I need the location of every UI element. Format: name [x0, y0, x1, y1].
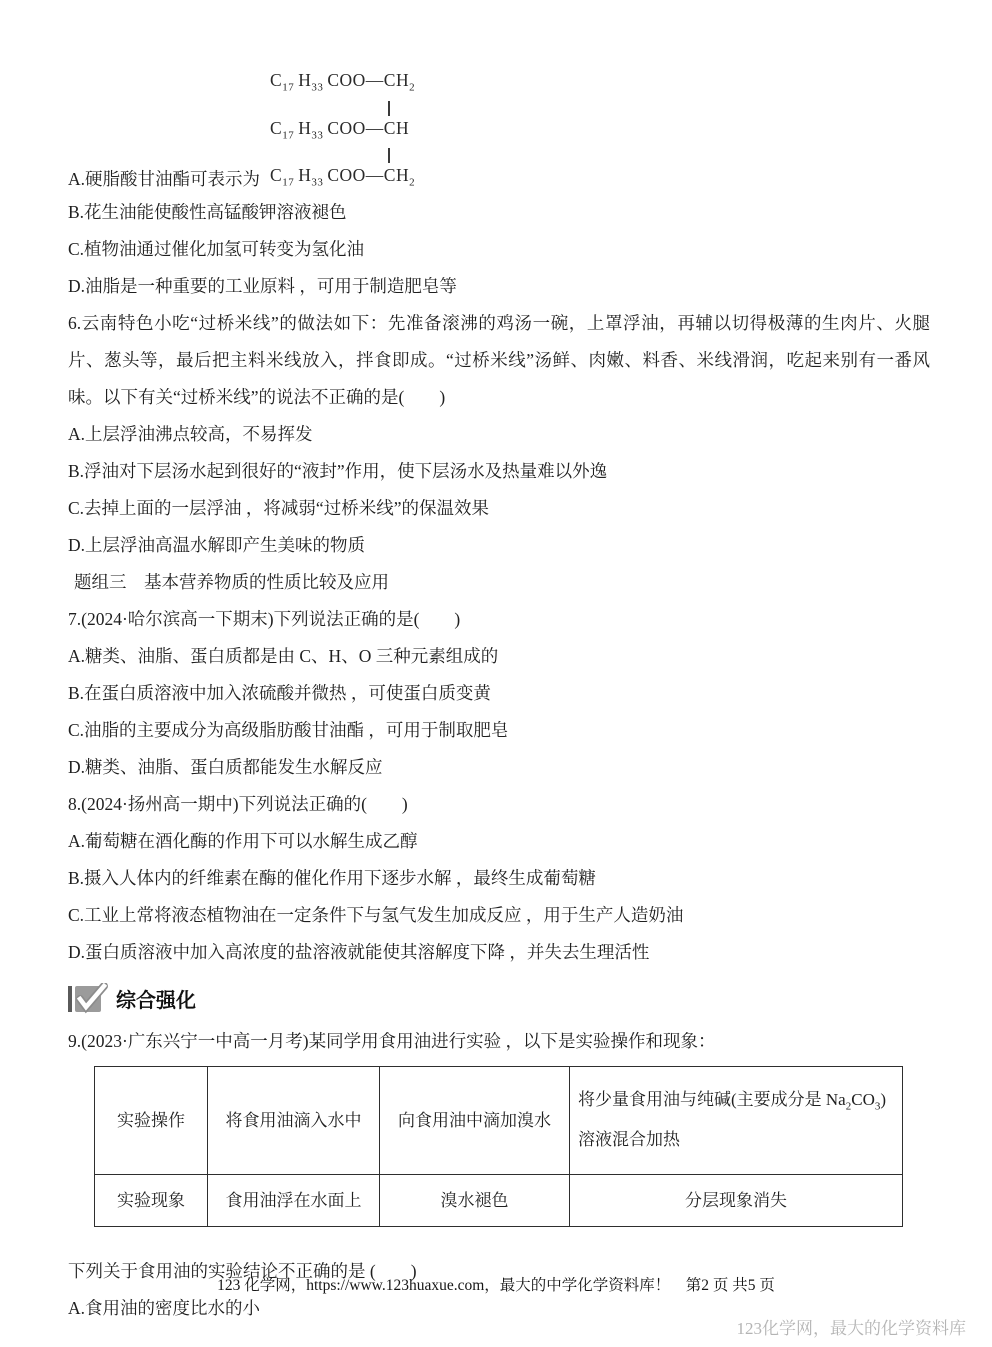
bond-line — [388, 101, 390, 116]
table-cell: 溴水褪色 — [380, 1174, 570, 1226]
table-cell-formula: 将少量食用油与纯碱(主要成分是 Na2CO3)溶液混合加热 — [570, 1066, 903, 1174]
option-a-label: A.硬脂酸甘油酯可表示为 — [68, 164, 260, 194]
question-9-stem: 9.(2023·广东兴宁一中高一月考)某同学用食用油进行实验 ，以下是实验操作和… — [68, 1023, 930, 1060]
option-c: C.油脂的主要成分为高级脂肪酸甘油酯 ，可用于制取肥皂 — [68, 712, 930, 749]
page-footer: 123 化学网，https://www.123huaxue.com，最大的中学化… — [0, 1273, 992, 1295]
structure-line-1: C17H33COO—CH2 — [270, 70, 415, 99]
section-heading-strengthen: 综合强化 — [68, 981, 930, 1017]
question-8-stem: 8.(2024·扬州高一期中)下列说法正确的( ) — [68, 786, 930, 823]
section-heading-group3: 题组三 基本营养物质的性质比较及应用 — [68, 564, 930, 601]
option-d: D.油脂是一种重要的工业原料 ，可用于制造肥皂等 — [68, 268, 930, 305]
structure-line-2: C17H33COO—CH — [270, 118, 415, 147]
checkbox-check-icon — [68, 983, 108, 1015]
experiment-table: 实验操作 将食用油滴入水中 向食用油中滴加溴水 将少量食用油与纯碱(主要成分是 … — [94, 1066, 903, 1227]
table-row-phenomenon: 实验现象 食用油浮在水面上 溴水褪色 分层现象消失 — [95, 1174, 903, 1226]
bond-line — [388, 148, 390, 163]
table-cell: 将食用油滴入水中 — [208, 1066, 380, 1174]
question-6-stem: 6.云南特色小吃“过桥米线”的做法如下：先准备滚沸的鸡汤一碗，上罩浮油，再辅以切… — [68, 305, 930, 416]
option-a: A.上层浮油沸点较高，不易挥发 — [68, 416, 930, 453]
worksheet-page: { "q5": { "label_a": "A.硬脂酸甘油酯可表示为", "st… — [0, 0, 992, 1347]
structure-line-3: C17H33COO—CH2 — [270, 165, 415, 194]
question-7-stem: 7.(2024·哈尔滨高一下期末)下列说法正确的是( ) — [68, 601, 930, 638]
option-b: B.花生油能使酸性高锰酸钾溶液褪色 — [68, 194, 930, 231]
table-cell: 食用油浮在水面上 — [208, 1174, 380, 1226]
option-b: B.浮油对下层汤水起到很好的“液封”作用，使下层汤水及热量难以外逸 — [68, 453, 930, 490]
option-b: B.在蛋白质溶液中加入浓硫酸并微热 ，可使蛋白质变黄 — [68, 675, 930, 712]
option-c: C.工业上常将液态植物油在一定条件下与氢气发生加成反应 ，用于生产人造奶油 — [68, 897, 930, 934]
page-content: A.硬脂酸甘油酯可表示为 C17H33COO—CH2 C17H33COO—CH … — [68, 70, 930, 1327]
option-d: D.上层浮油高温水解即产生美味的物质 — [68, 527, 930, 564]
option-d: D.蛋白质溶液中加入高浓度的盐溶液就能使其溶解度下降 ，并失去生理活性 — [68, 934, 930, 971]
question-5-option-a-row: A.硬脂酸甘油酯可表示为 C17H33COO—CH2 C17H33COO—CH … — [68, 70, 930, 194]
chemical-structure-triglyceride: C17H33COO—CH2 C17H33COO—CH C17H33COO—CH2 — [270, 70, 415, 194]
option-b: B.摄入人体内的纤维素在酶的催化作用下逐步水解 ，最终生成葡萄糖 — [68, 860, 930, 897]
section-heading-label: 综合强化 — [116, 984, 196, 1013]
option-a: A.葡萄糖在酒化酶的作用下可以水解生成乙醇 — [68, 823, 930, 860]
table-cell: 向食用油中滴加溴水 — [380, 1066, 570, 1174]
row-header-cell: 实验现象 — [95, 1174, 208, 1226]
watermark-text: 123化学网，最大的化学资料库 — [737, 1314, 967, 1339]
option-c: C.植物油通过催化加氢可转变为氢化油 — [68, 231, 930, 268]
table-cell: 分层现象消失 — [570, 1174, 903, 1226]
option-c: C.去掉上面的一层浮油 ，将减弱“过桥米线”的保温效果 — [68, 490, 930, 527]
table-row-operation: 实验操作 将食用油滴入水中 向食用油中滴加溴水 将少量食用油与纯碱(主要成分是 … — [95, 1066, 903, 1174]
option-d: D.糖类、油脂、蛋白质都能发生水解反应 — [68, 749, 930, 786]
row-header-cell: 实验操作 — [95, 1066, 208, 1174]
option-a: A.糖类、油脂、蛋白质都是由 C、H、O 三种元素组成的 — [68, 638, 930, 675]
